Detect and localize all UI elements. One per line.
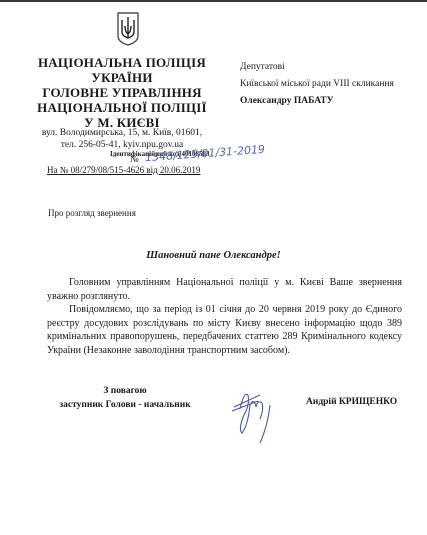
recipient-organization: Київської міської ради VIII скликання (240, 76, 394, 93)
signature-icon (230, 385, 275, 445)
signer-name: Андрій КРИЩЕНКО (306, 397, 397, 407)
recipient-title: Депутатові (240, 59, 394, 76)
closing-regards: З повагою (45, 384, 205, 398)
letter-body: Головним управлінням Національної поліці… (47, 276, 402, 357)
page-top-border (0, 0, 427, 2)
signer-position: заступник Голови - начальник (45, 398, 205, 412)
closing-block: З повагою заступник Голови - начальник (45, 384, 205, 412)
body-paragraph: Повідомляємо, що за період із 01 січня д… (47, 303, 402, 357)
reference-number: На № 08/279/08/515-4626 від 20.06.2019 (47, 165, 200, 175)
recipient-block: Депутатові Київської міської ради VIII с… (240, 59, 394, 110)
letter-subject: Про розгляд звернення (48, 208, 136, 218)
recipient-name: Олександру ПАБАТУ (240, 93, 394, 110)
salutation: Шановний пане Олександре! (0, 250, 427, 261)
outgoing-number-prefix: № (130, 154, 139, 164)
organization-name: НАЦІОНАЛЬНА ПОЛІЦІЯ УКРАЇНИ ГОЛОВНЕ УПРА… (22, 55, 222, 130)
trident-emblem-icon (117, 12, 139, 46)
body-paragraph: Головним управлінням Національної поліці… (47, 276, 402, 303)
